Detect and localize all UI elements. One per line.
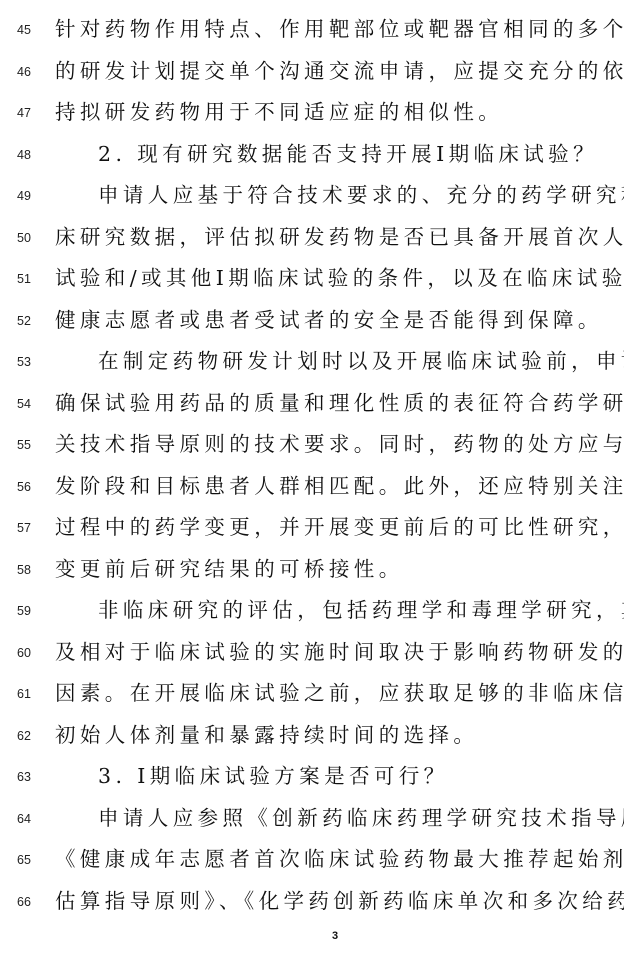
text-line: 46的研发计划提交单个沟通交流申请，应提交充分的依据来支 xyxy=(0,51,624,93)
line-number: 48 xyxy=(12,135,36,177)
line-number: 63 xyxy=(12,757,36,799)
line-text: 估算指导原则》、《化学药创新药临床单次和多次给药剂量 xyxy=(55,881,610,923)
line-number: 66 xyxy=(12,882,36,924)
text-line: 61因素。在开展临床试验之前，应获取足够的非临床信息支持 xyxy=(0,673,624,715)
line-number: 45 xyxy=(12,10,36,52)
text-line: 54确保试验用药品的质量和理化性质的表征符合药学研究相 xyxy=(0,383,624,425)
text-line: 65《健康成年志愿者首次临床试验药物最大推荐起始剂量的 xyxy=(0,839,624,881)
page-number: 3 xyxy=(0,930,624,942)
line-text: 因素。在开展临床试验之前，应获取足够的非临床信息支持 xyxy=(55,673,610,715)
line-text: 申请人应参照《创新药临床药理学研究技术指导原则》、 xyxy=(98,798,610,840)
line-text: 确保试验用药品的质量和理化性质的表征符合药学研究相 xyxy=(55,383,610,425)
line-number: 54 xyxy=(12,384,36,426)
line-text: 2. 现有研究数据能否支持开展I期临床试验？ xyxy=(98,134,610,176)
text-line: 47持拟研发药物用于不同适应症的相似性。 xyxy=(0,92,624,134)
line-text: 床研究数据，评估拟研发药物是否已具备开展首次人体临床 xyxy=(55,217,610,259)
text-line: 57过程中的药学变更，并开展变更前后的可比性研究，以支持 xyxy=(0,507,624,549)
text-line: 60及相对于临床试验的实施时间取决于影响药物研发的各种 xyxy=(0,632,624,674)
line-number: 56 xyxy=(12,467,36,509)
line-text: 的研发计划提交单个沟通交流申请，应提交充分的依据来支 xyxy=(55,51,610,93)
text-line: 66估算指导原则》、《化学药创新药临床单次和多次给药剂量 xyxy=(0,881,624,923)
text-line: 45针对药物作用特点、作用靶部位或靶器官相同的多个适应症 xyxy=(0,9,624,51)
text-line: 50床研究数据，评估拟研发药物是否已具备开展首次人体临床 xyxy=(0,217,624,259)
text-line: 58变更前后研究结果的可桥接性。 xyxy=(0,549,624,591)
line-text: 发阶段和目标患者人群相匹配。此外，还应特别关注在研发 xyxy=(55,466,610,508)
text-line: 52健康志愿者或患者受试者的安全是否能得到保障。 xyxy=(0,300,624,342)
text-line: 482. 现有研究数据能否支持开展I期临床试验？ xyxy=(0,134,624,176)
line-number: 53 xyxy=(12,342,36,384)
line-text: 健康志愿者或患者受试者的安全是否能得到保障。 xyxy=(55,300,610,342)
text-line: 633. I期临床试验方案是否可行？ xyxy=(0,756,624,798)
line-number: 51 xyxy=(12,259,36,301)
line-number: 50 xyxy=(12,218,36,260)
line-text: 及相对于临床试验的实施时间取决于影响药物研发的各种 xyxy=(55,632,610,674)
line-number: 47 xyxy=(12,93,36,135)
line-number: 62 xyxy=(12,716,36,758)
text-line: 56发阶段和目标患者人群相匹配。此外，还应特别关注在研发 xyxy=(0,466,624,508)
text-line: 49申请人应基于符合技术要求的、充分的药学研究和非临 xyxy=(0,175,624,217)
text-line: 55关技术指导原则的技术要求。同时，药物的处方应与药物研 xyxy=(0,424,624,466)
line-number: 61 xyxy=(12,674,36,716)
line-text: 申请人应基于符合技术要求的、充分的药学研究和非临 xyxy=(98,175,610,217)
text-line: 64申请人应参照《创新药临床药理学研究技术指导原则》、 xyxy=(0,798,624,840)
line-number: 55 xyxy=(12,425,36,467)
line-number: 60 xyxy=(12,633,36,675)
line-text: 3. I期临床试验方案是否可行？ xyxy=(98,756,610,798)
line-text: 《健康成年志愿者首次临床试验药物最大推荐起始剂量的 xyxy=(55,839,610,881)
line-text: 初始人体剂量和暴露持续时间的选择。 xyxy=(55,715,610,757)
line-number: 57 xyxy=(12,508,36,550)
line-text: 关技术指导原则的技术要求。同时，药物的处方应与药物研 xyxy=(55,424,610,466)
line-text: 针对药物作用特点、作用靶部位或靶器官相同的多个适应症 xyxy=(55,9,610,51)
line-text: 变更前后研究结果的可桥接性。 xyxy=(55,549,610,591)
line-number: 59 xyxy=(12,591,36,633)
line-number: 65 xyxy=(12,840,36,882)
document-page: 45针对药物作用特点、作用靶部位或靶器官相同的多个适应症46的研发计划提交单个沟… xyxy=(0,9,624,922)
line-text: 过程中的药学变更，并开展变更前后的可比性研究，以支持 xyxy=(55,507,610,549)
line-text: 在制定药物研发计划时以及开展临床试验前，申请人应 xyxy=(98,341,610,383)
line-text: 试验和/或其他I期临床试验的条件，以及在临床试验过程中 xyxy=(55,258,610,300)
line-number: 52 xyxy=(12,301,36,343)
line-number: 46 xyxy=(12,52,36,94)
text-line: 53在制定药物研发计划时以及开展临床试验前，申请人应 xyxy=(0,341,624,383)
line-number: 64 xyxy=(12,799,36,841)
line-number: 58 xyxy=(12,550,36,592)
text-line: 51试验和/或其他I期临床试验的条件，以及在临床试验过程中 xyxy=(0,258,624,300)
line-text: 持拟研发药物用于不同适应症的相似性。 xyxy=(55,92,610,134)
line-number: 49 xyxy=(12,176,36,218)
text-line: 59非临床研究的评估，包括药理学和毒理学研究，其范围 xyxy=(0,590,624,632)
text-line: 62初始人体剂量和暴露持续时间的选择。 xyxy=(0,715,624,757)
line-text: 非临床研究的评估，包括药理学和毒理学研究，其范围 xyxy=(98,590,610,632)
